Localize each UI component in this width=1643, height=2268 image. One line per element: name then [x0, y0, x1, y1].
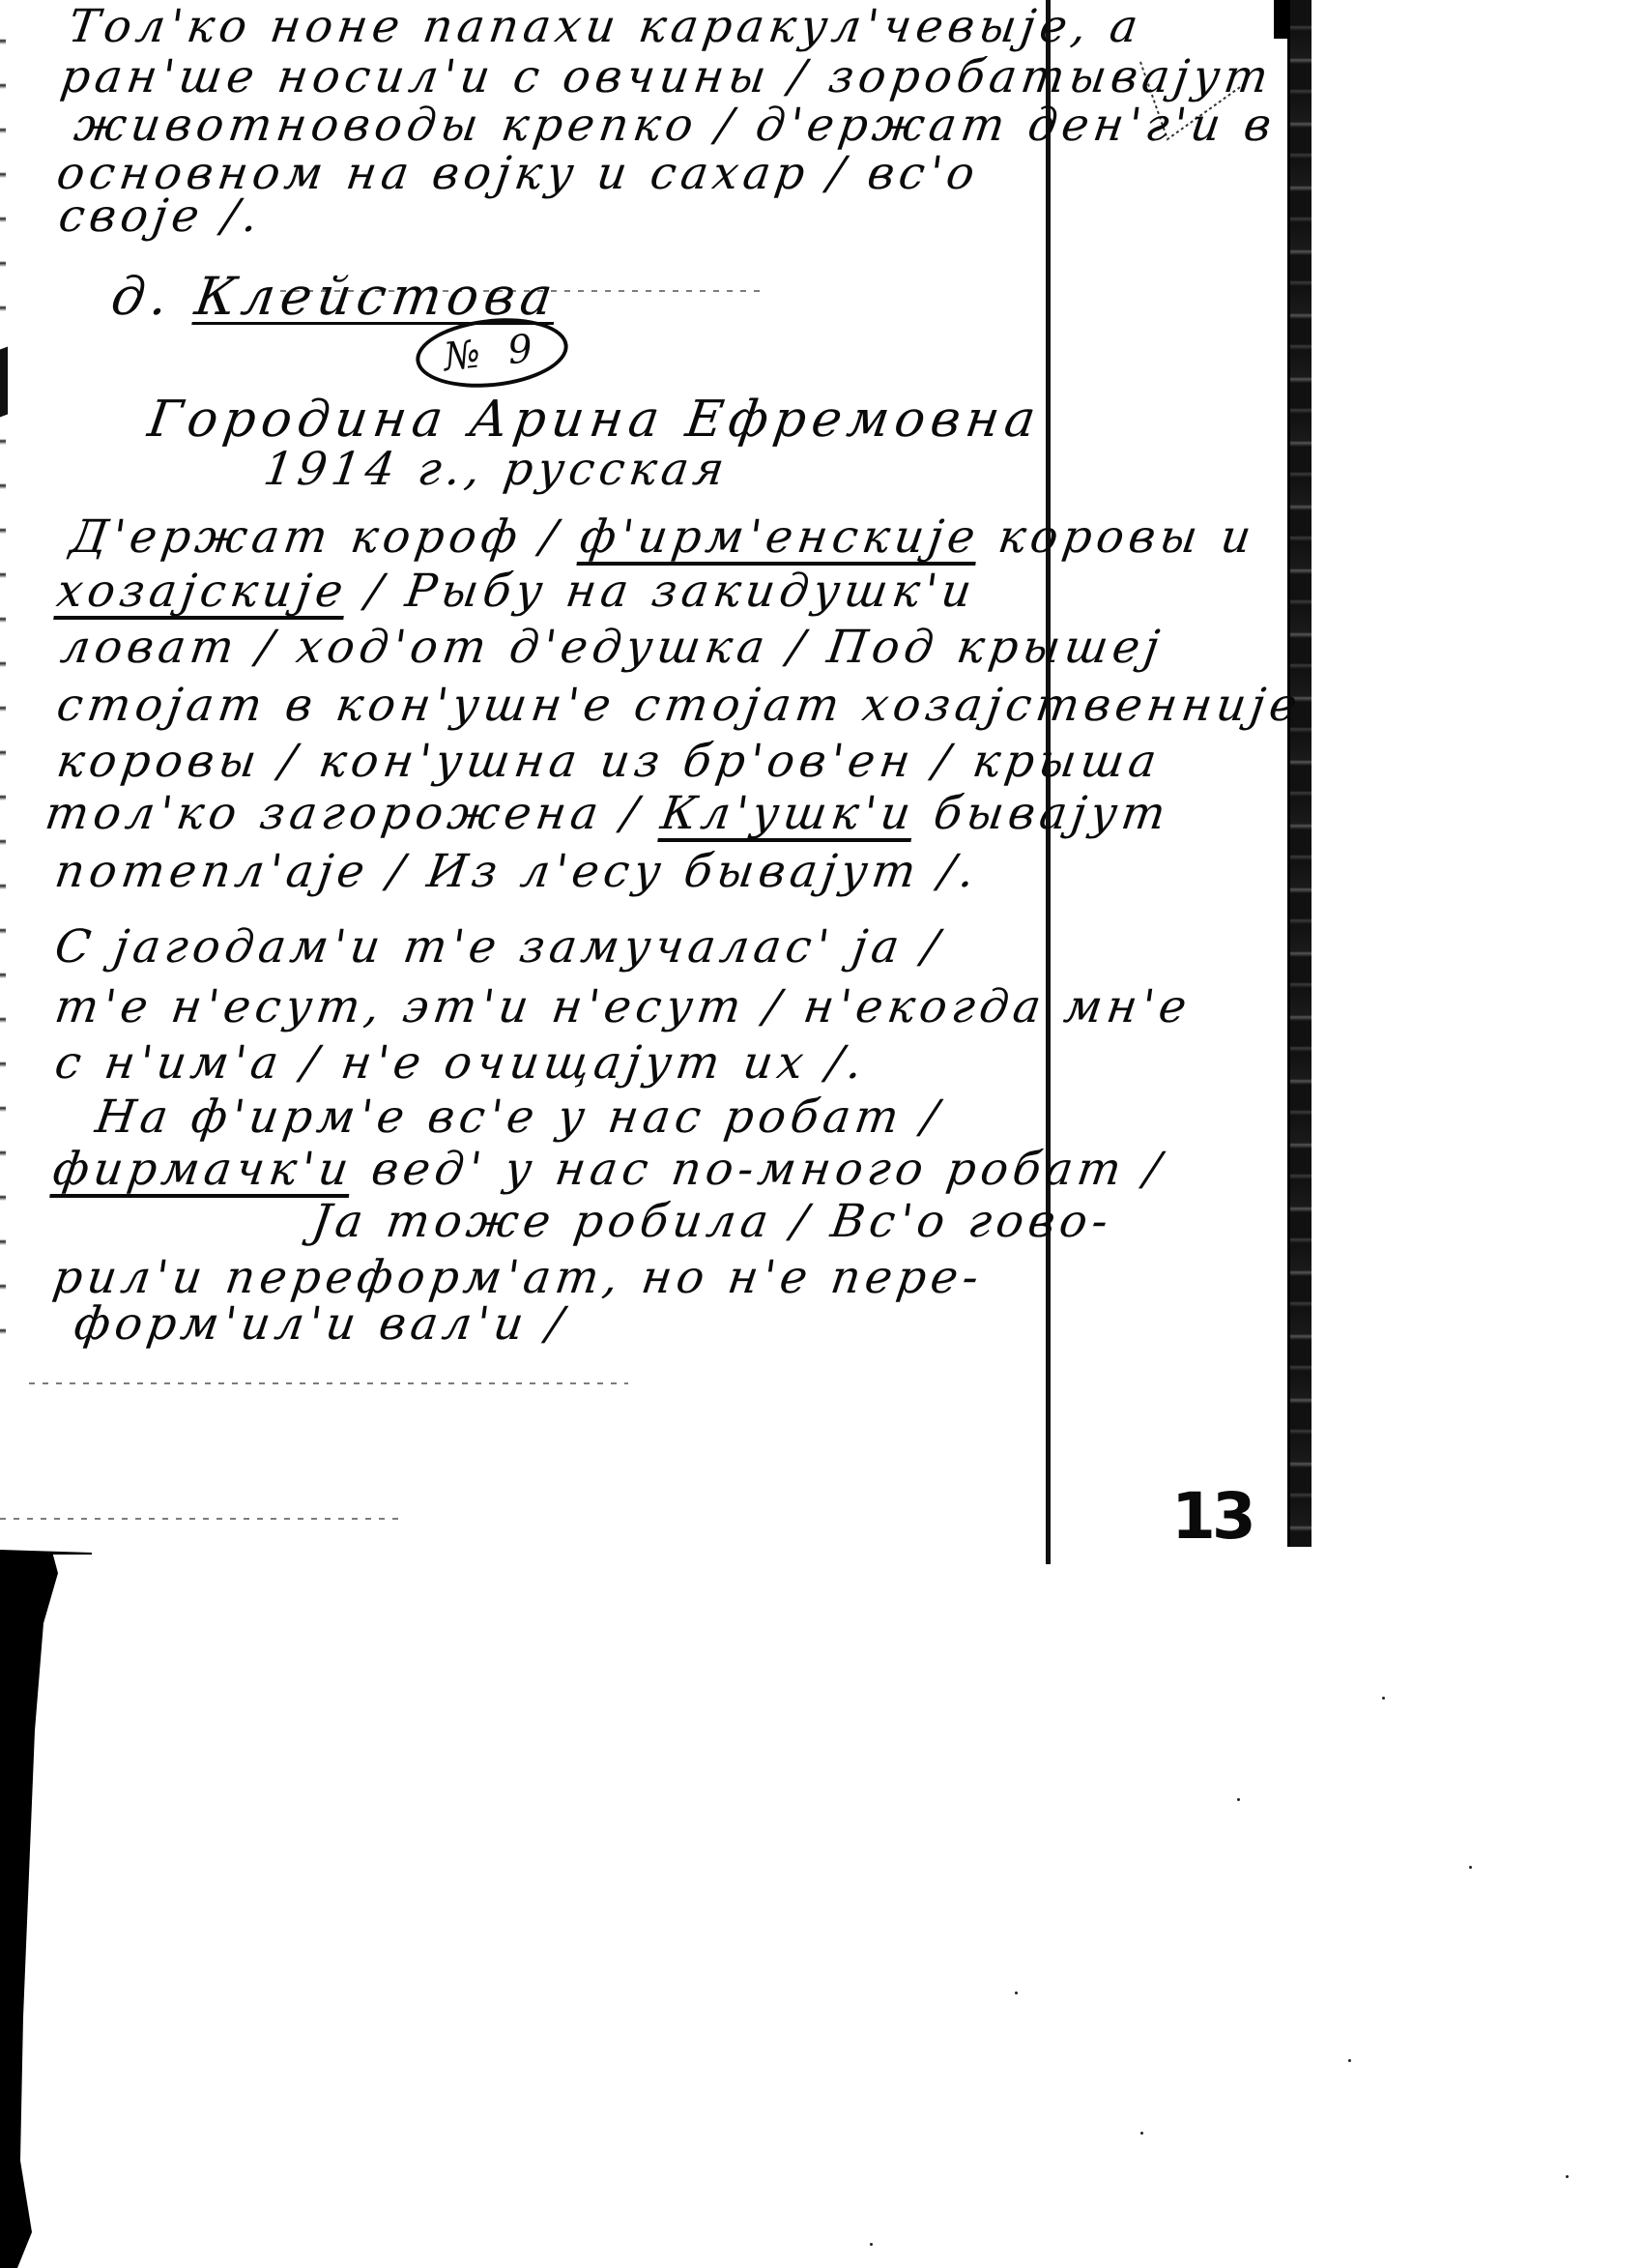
speck	[1469, 1866, 1472, 1869]
text-run: Д'ержат короф /	[67, 510, 584, 564]
informant-details: 1914 г., русская	[261, 447, 732, 492]
text-run: / Рыбу на закидушк'и	[344, 565, 980, 618]
text-line: Ја тоже робила / Вс'о гово-	[309, 1199, 1115, 1244]
text-line: Д'ержат короф / ф'ирм'енскије коровы и	[68, 514, 1258, 560]
text-run: бывајут	[911, 787, 1173, 840]
speck	[1140, 2132, 1143, 2135]
text-line: тол'ко загорожена / Кл'ушк'и бывајут	[43, 791, 1173, 836]
record-number: № 9	[442, 326, 542, 380]
text-run: вед' у нас по-много робат /	[349, 1143, 1168, 1196]
bottom-left-scan-shadow	[0, 1552, 58, 2268]
underlined-word: ф'ирм'енскије	[577, 510, 984, 564]
text-line: Тол'ко ноне папахи каракул'чевыје, а	[66, 4, 1145, 49]
scanned-page: Тол'ко ноне папахи каракул'чевыје, а ран…	[0, 0, 1643, 2268]
text-line: фирмачк'и вед' у нас по-много робат /	[50, 1147, 1168, 1192]
text-line: потепл'аје / Из л'есу бывајут /.	[52, 849, 982, 894]
text-line: с н'им'а / н'е очищајут их /.	[52, 1040, 870, 1086]
faint-ruling	[0, 1518, 406, 1520]
underlined-word: Кл'ушк'и	[657, 787, 918, 840]
faint-ruling	[29, 1382, 628, 1384]
underlined-word: фирмачк'и	[49, 1143, 356, 1196]
text-line: форм'ил'и вал'и /	[72, 1301, 570, 1347]
left-scan-edge	[0, 0, 6, 1353]
text-run: коровы и	[975, 510, 1258, 564]
speck	[1015, 1992, 1018, 1994]
text-line: На ф'ирм'е вс'е у нас робат /	[93, 1094, 945, 1140]
text-line: рил'и переформ'ат, но н'е пере-	[50, 1255, 986, 1300]
informant-name: Городина Арина Ефремовна	[145, 394, 1044, 445]
village-prefix: д.	[107, 266, 177, 327]
text-line: своје /.	[56, 193, 266, 239]
speck	[1566, 2175, 1569, 2178]
speck	[870, 2243, 873, 2246]
village-heading: д. Клейстова	[108, 271, 562, 323]
text-line: коровы / кон'ушна из бр'ов'ен / крыша	[54, 739, 1164, 784]
right-scan-edge-strip	[1287, 0, 1312, 1547]
underlined-word: хозајскије	[53, 565, 351, 618]
speck	[1348, 2059, 1351, 2062]
text-line: С јагодам'и т'е замучалас' ја /	[52, 924, 946, 970]
left-edge-mark	[0, 347, 8, 418]
page-number: 13	[1171, 1479, 1253, 1554]
text-line: т'е н'есут, эт'и н'есут / н'екогда мн'е	[52, 984, 1194, 1030]
text-line: стојат в кон'ушн'е стојат хозајственније	[54, 683, 1305, 728]
text-run: тол'ко загорожена /	[42, 787, 665, 840]
text-line: ран'ше носил'и с овчины / зоробатывајут	[58, 54, 1276, 100]
text-line: хозајскије / Рыбу на закидушк'и	[54, 568, 979, 614]
text-line: животноводы крепко / д'ержат ден'г'и в	[72, 102, 1279, 148]
text-line: ловат / ход'от д'едушка / Под крышеј	[58, 625, 1167, 670]
speck	[1382, 1697, 1385, 1700]
speck	[1237, 1798, 1240, 1801]
